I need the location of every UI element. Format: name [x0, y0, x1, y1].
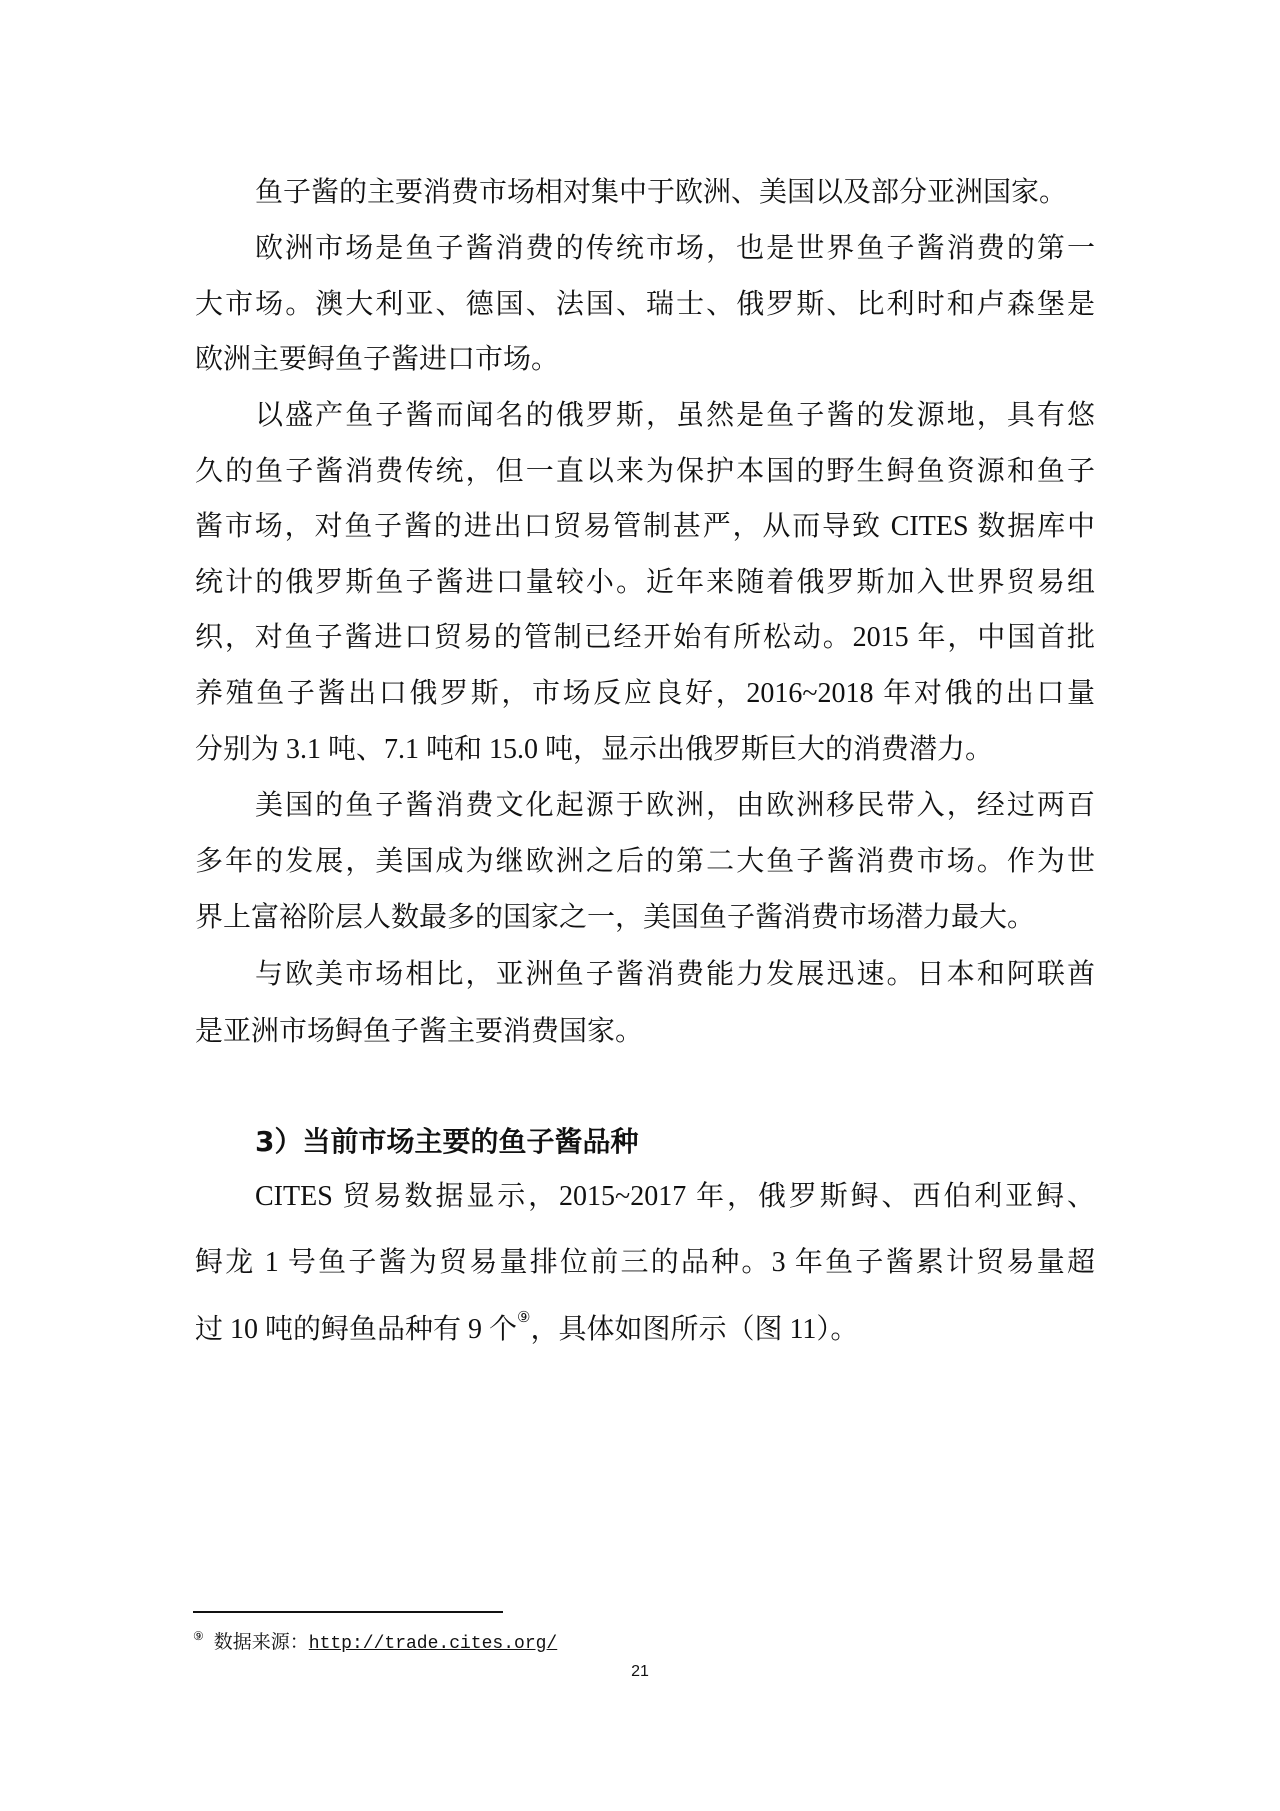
- paragraph-3-line-2: 久的鱼子酱消费传统，但一直以来为保护本国的野生鲟鱼资源和鱼子: [195, 452, 1095, 492]
- section-paragraph-line-2: 鲟龙 1 号鱼子酱为贸易量排位前三的品种。3 年鱼子酱累计贸易量超: [195, 1243, 1095, 1283]
- paragraph-2-line-1: 欧洲市场是鱼子酱消费的传统市场，也是世界鱼子酱消费的第一: [255, 229, 1095, 269]
- section-paragraph-line-1: CITES 贸易数据显示，2015~2017 年，俄罗斯鲟、西伯利亚鲟、: [255, 1177, 1095, 1217]
- paragraph-2-line-2: 大市场。澳大利亚、德国、法国、瑞士、俄罗斯、比利时和卢森堡是: [195, 285, 1095, 325]
- paragraph-3-line-7: 分别为 3.1 吨、7.1 吨和 15.0 吨，显示出俄罗斯巨大的消费潜力。: [195, 730, 1095, 770]
- paragraph-3-line-3: 酱市场，对鱼子酱的进出口贸易管制甚严，从而导致 CITES 数据库中: [195, 507, 1095, 547]
- section-paragraph-line-3-tail: ，具体如图所示（图 11）。: [530, 1314, 858, 1345]
- footnote-label: 数据来源：: [214, 1632, 309, 1653]
- paragraph-4-line-2: 多年的发展，美国成为继欧洲之后的第二大鱼子酱消费市场。作为世: [195, 842, 1095, 882]
- footnote: ⑨数据来源：http://trade.cites.org/: [193, 1628, 557, 1658]
- section-paragraph-line-3-text: 过 10 吨的鲟鱼品种有 9 个: [195, 1314, 517, 1345]
- footnote-reference[interactable]: ⑨: [517, 1310, 530, 1326]
- footnote-mark: ⑨: [193, 1629, 204, 1643]
- paragraph-1-line-1: 鱼子酱的主要消费市场相对集中于欧洲、美国以及部分亚洲国家。: [255, 173, 1095, 213]
- paragraph-3-line-5: 织，对鱼子酱进口贸易的管制已经开始有所松动。2015 年，中国首批: [195, 618, 1095, 658]
- paragraph-5-line-2: 是亚洲市场鲟鱼子酱主要消费国家。: [195, 1012, 1095, 1052]
- paragraph-3-line-1: 以盛产鱼子酱而闻名的俄罗斯，虽然是鱼子酱的发源地，具有悠: [255, 396, 1095, 436]
- paragraph-4-line-3: 界上富裕阶层人数最多的国家之一，美国鱼子酱消费市场潜力最大。: [195, 898, 1095, 938]
- footnote-separator: [193, 1611, 503, 1613]
- document-page: 鱼子酱的主要消费市场相对集中于欧洲、美国以及部分亚洲国家。 欧洲市场是鱼子酱消费…: [0, 0, 1280, 1811]
- paragraph-3-line-6: 养殖鱼子酱出口俄罗斯，市场反应良好，2016~2018 年对俄的出口量: [195, 674, 1095, 714]
- paragraph-2-line-3: 欧洲主要鲟鱼子酱进口市场。: [195, 340, 1095, 380]
- paragraph-3-line-4: 统计的俄罗斯鱼子酱进口量较小。近年来随着俄罗斯加入世界贸易组: [195, 563, 1095, 603]
- paragraph-5-line-1: 与欧美市场相比，亚洲鱼子酱消费能力发展迅速。日本和阿联酋: [255, 955, 1095, 995]
- section-paragraph-line-3: 过 10 吨的鲟鱼品种有 9 个⑨，具体如图所示（图 11）。: [195, 1310, 1095, 1350]
- section-heading: 3）当前市场主要的鱼子酱品种: [255, 1122, 675, 1162]
- page-number: 21: [620, 1660, 660, 1684]
- footnote-source-link[interactable]: http://trade.cites.org/: [309, 1634, 557, 1654]
- paragraph-4-line-1: 美国的鱼子酱消费文化起源于欧洲，由欧洲移民带入，经过两百: [255, 786, 1095, 826]
